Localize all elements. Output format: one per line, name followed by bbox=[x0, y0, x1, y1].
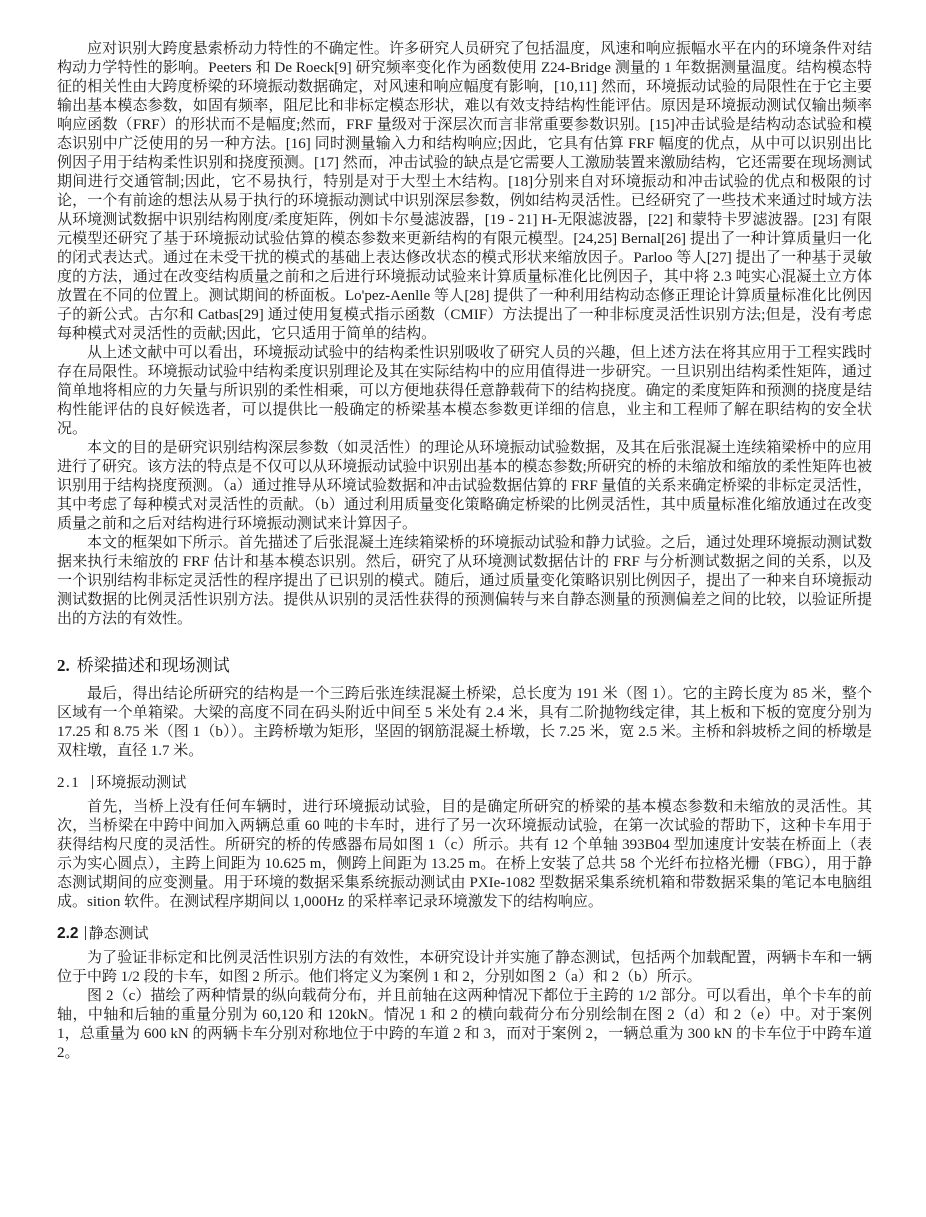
section-2-1-paragraph-1: 首先，当桥上没有任何车辆时，进行环境振动试验，目的是确定所研究的桥梁的基本模态参… bbox=[57, 798, 872, 912]
section-2-2-paragraph-1: 为了验证非标定和比例灵活性识别方法的有效性，本研究设计并实施了静态测试，包括两个… bbox=[57, 949, 872, 987]
intro-paragraph-4: 本文的框架如下所示。首先描述了后张混凝土连续箱梁桥的环境振动试验和静力试验。之后… bbox=[57, 534, 872, 629]
intro-paragraph-1: 应对识别大跨度悬索桥动力特性的不确定性。许多研究人员研究了包括温度，风速和响应振… bbox=[57, 40, 872, 344]
document-page: 应对识别大跨度悬索桥动力特性的不确定性。许多研究人员研究了包括温度，风速和响应振… bbox=[0, 0, 926, 1217]
subsection-title: 静态测试 bbox=[89, 926, 149, 942]
heading-divider-bar bbox=[85, 926, 86, 940]
subsection-number: 2.1 bbox=[57, 775, 80, 791]
section-number: 2. bbox=[57, 656, 70, 675]
section-title: 桥梁描述和现场测试 bbox=[77, 656, 230, 675]
subsection-heading-ambient-vibration-test: 2.1环境振动测试 bbox=[57, 773, 872, 793]
section-2-2-paragraph-2: 图 2（c）描绘了两种情景的纵向载荷分布，并且前轴在这两种情况下都位于主跨的 1… bbox=[57, 987, 872, 1063]
subsection-number: 2.2 bbox=[57, 925, 79, 942]
section-heading-bridge-description: 2.桥梁描述和现场测试 bbox=[57, 655, 872, 677]
heading-divider-bar bbox=[92, 775, 93, 789]
section-2-paragraph-1: 最后，得出结论所研究的结构是一个三跨后张连续混凝土桥梁，总长度为 191 米（图… bbox=[57, 685, 872, 761]
subsection-title: 环境振动测试 bbox=[96, 775, 186, 791]
subsection-heading-static-test: 2.2静态测试 bbox=[57, 924, 872, 944]
intro-paragraph-2: 从上述文献中可以看出，环境振动试验中的结构柔性识别吸收了研究人员的兴趣，但上述方… bbox=[57, 344, 872, 439]
intro-paragraph-3: 本文的目的是研究识别结构深层参数（如灵活性）的理论从环境振动试验数据，及其在后张… bbox=[57, 439, 872, 534]
